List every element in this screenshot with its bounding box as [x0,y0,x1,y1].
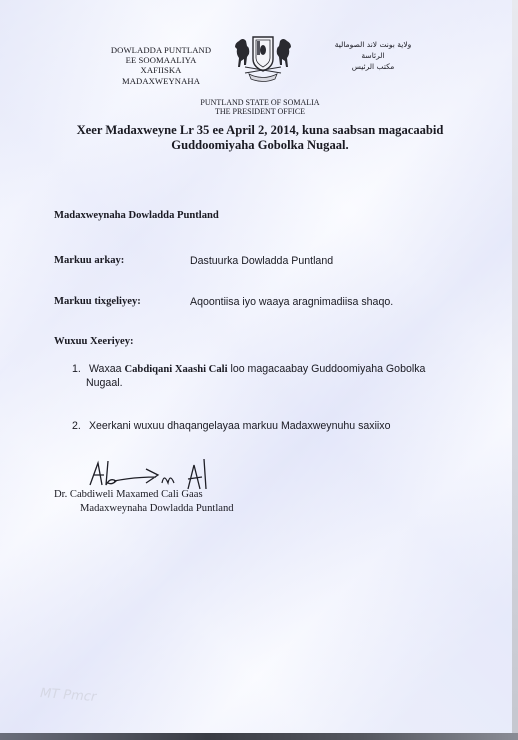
decree-item-text: loo magacaabay Guddoomiyaha Gobolka [228,363,426,375]
decree-label: Wuxuu Xeeriyey: [54,336,134,347]
field-value: Aqoontiisa iyo waaya aragnimadiisa shaqo… [190,296,393,308]
issuer: Madaxweynaha Dowladda Puntland [54,210,219,221]
decree-title-line: Guddoomiyaha Gobolka Nugaal. [40,138,480,153]
appointee-name: Cabdiqani Xaashi Cali [124,364,227,375]
decree-title-line: Xeer Madaxweyne Lr 35 ee April 2, 2014, … [40,123,480,138]
header-right-line: الرئاسة [318,51,428,62]
decree-item-text: Xeerkani wuxuu dhaqangelayaa markuu Mada… [89,420,391,432]
sub-header: PUNTLAND STATE OF SOMALIA THE PRESIDENT … [130,98,390,116]
header-left-line: XAFIISKA [86,65,236,75]
field-value: Dastuurka Dowladda Puntland [190,255,333,267]
signatory-title: Madaxweynaha Dowladda Puntland [80,502,234,515]
header-right-line: ولاية بونت لاند الصومالية [318,40,428,51]
decree-item-continuation: Nugaal. [72,377,472,391]
sub-header-line: THE PRESIDENT OFFICE [130,107,390,116]
header-right-line: مكتب الرئيس [318,62,428,73]
decree-item-number: 2. [72,420,86,434]
sub-header-line: PUNTLAND STATE OF SOMALIA [130,98,390,107]
decree-item: 2. Xeerkani wuxuu dhaqangelayaa markuu M… [72,420,472,434]
signatory-name: Dr. Cabdiweli Maxamed Cali Gaas [54,488,203,501]
header-left: DOWLADDA PUNTLAND EE SOOMAALIYA XAFIISKA… [86,45,236,86]
decree-item-text: Waxaa [89,363,125,375]
header-left-line: EE SOOMAALIYA [86,55,236,65]
field-label: Markuu tixgeliyey: [54,296,141,307]
decree-title: Xeer Madaxweyne Lr 35 ee April 2, 2014, … [40,123,480,153]
header-left-line: MADAXWEYNAHA [86,76,236,86]
scan-edge-right [512,0,518,740]
coat-of-arms-icon [229,33,297,83]
decree-item-number: 1. [72,363,86,377]
field-label: Markuu arkay: [54,255,124,266]
decree-item: 1. Waxaa Cabdiqani Xaashi Cali loo magac… [72,363,472,390]
header-right: ولاية بونت لاند الصومالية الرئاسة مكتب ا… [318,40,428,72]
header-left-line: DOWLADDA PUNTLAND [86,45,236,55]
scan-edge-bottom [0,733,518,740]
